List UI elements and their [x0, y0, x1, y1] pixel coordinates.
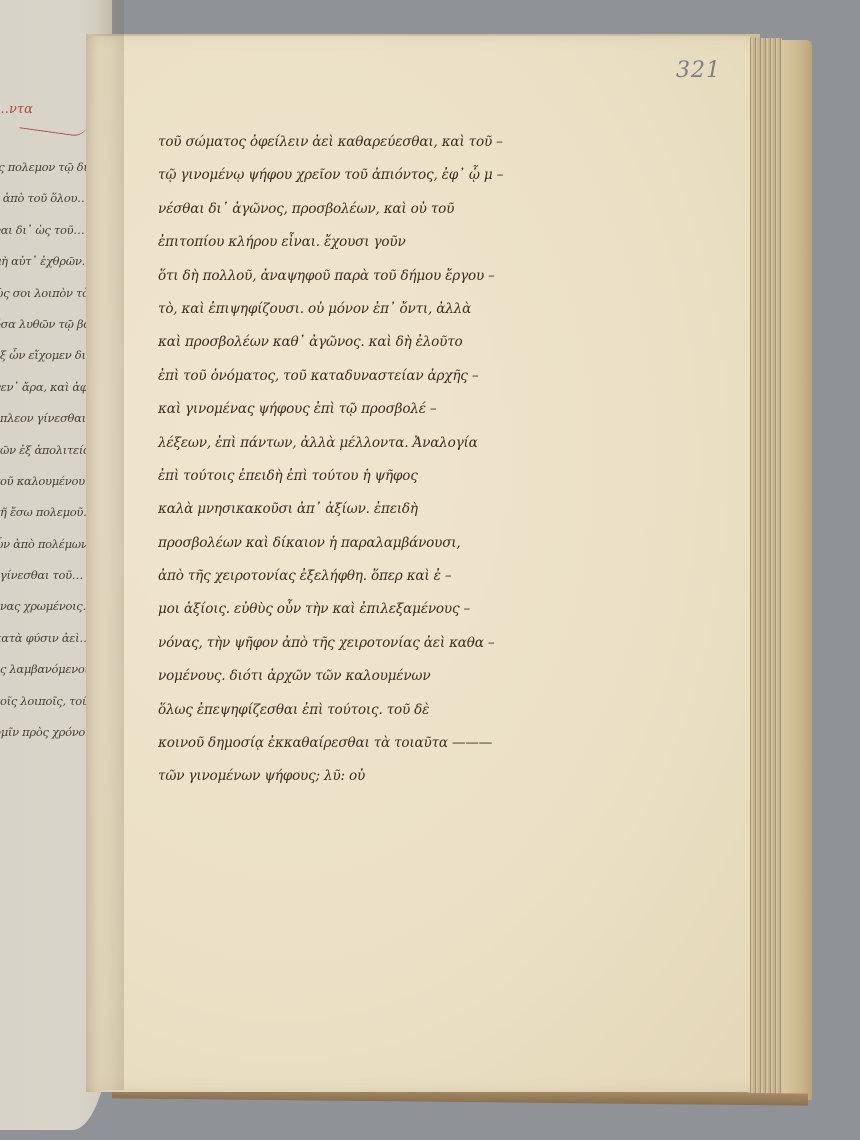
manuscript-line: κοινοῦ δημοσίᾳ ἐκκαθαίρεσθαι τὰ τοιαῦτα … — [158, 727, 528, 760]
right-page-text: τοῦ σώματος ὀφείλειν ἀεὶ καθαρεύεσθαι, κ… — [158, 126, 528, 794]
manuscript-line: καὶ προσβολέων καθ᾽ ἀγῶνος. καὶ δὴ ἐλοῦτ… — [158, 326, 528, 359]
manuscript-line: τῶν γινομένων ψήφους; λῦ: οὐ — [158, 760, 528, 793]
manuscript-line: ὅλως ἐπεψηφίζεσθαι ἐπὶ τούτοις. τοῦ δὲ — [158, 694, 528, 727]
manuscript-line: νομένους. διότι ἀρχῶν τῶν καλουμένων — [158, 660, 528, 693]
page-stack-edge — [748, 38, 782, 1104]
rubric-flourish — [19, 113, 88, 137]
manuscript-line: τοῦ σώματος ὀφείλειν ἀεὶ καθαρεύεσθαι, κ… — [158, 126, 528, 159]
manuscript-line: νέσθαι δι᾽ ἀγῶνος, προσβολέων, καὶ οὐ το… — [158, 193, 528, 226]
manuscript-line: ἐπιτοπίου κλήρου εἶναι. ἔχουσι γοῦν — [158, 226, 528, 259]
manuscript-line: καλὰ μνησικακοῦσι ἀπ᾽ ἀξίων. ἐπειδὴ — [158, 493, 528, 526]
manuscript-line: τῷ γινομένῳ ψήφου χρεῖον τοῦ ἀπιόντος, ἐ… — [158, 159, 528, 192]
manuscript-line: καὶ γινομένας ψήφους ἐπὶ τῷ προσβολέ – — [158, 393, 528, 426]
manuscript-line: λέξεων, ἐπὶ πάντων, ἀλλὰ μέλλοντα. Ἀναλο… — [158, 427, 528, 460]
folio-number: 321 — [676, 58, 721, 83]
manuscript-line: ἐπὶ τούτοις ἐπειδὴ ἐπὶ τούτου ἡ ψῆφος — [158, 460, 528, 493]
gutter-shadow — [96, 0, 124, 1090]
manuscript-line: ὅτι δὴ πολλοῦ, ἀναψηφοῦ παρὰ τοῦ δήμου ἔ… — [158, 260, 528, 293]
book-binding — [780, 40, 812, 1100]
manuscript-line: νόνας, τὴν ψῆφον ἀπὸ τῆς χειροτονίας ἀεὶ… — [158, 627, 528, 660]
manuscript-scene: …ντα ις πολεμον τῷ δια… – ἀπὸ τοῦ ὅλου… … — [0, 0, 860, 1140]
manuscript-line: προσβολέων καὶ δίκαιον ἡ παραλαμβάνουσι, — [158, 527, 528, 560]
manuscript-line: ἐπὶ τοῦ ὀνόματος, τοῦ καταδυναστείαν ἀρχ… — [158, 360, 528, 393]
manuscript-line: μοι ἀξίοις. εὐθὺς οὖν τὴν καὶ ἐπιλεξαμέν… — [158, 593, 528, 626]
manuscript-line: ἀπὸ τῆς χειροτονίας ἐξελήφθη. ὅπερ καὶ ἐ… — [158, 560, 528, 593]
manuscript-line: τὸ, καὶ ἐπιψηφίζουσι. οὐ μόνον ἐπ᾽ ὄντι,… — [158, 293, 528, 326]
